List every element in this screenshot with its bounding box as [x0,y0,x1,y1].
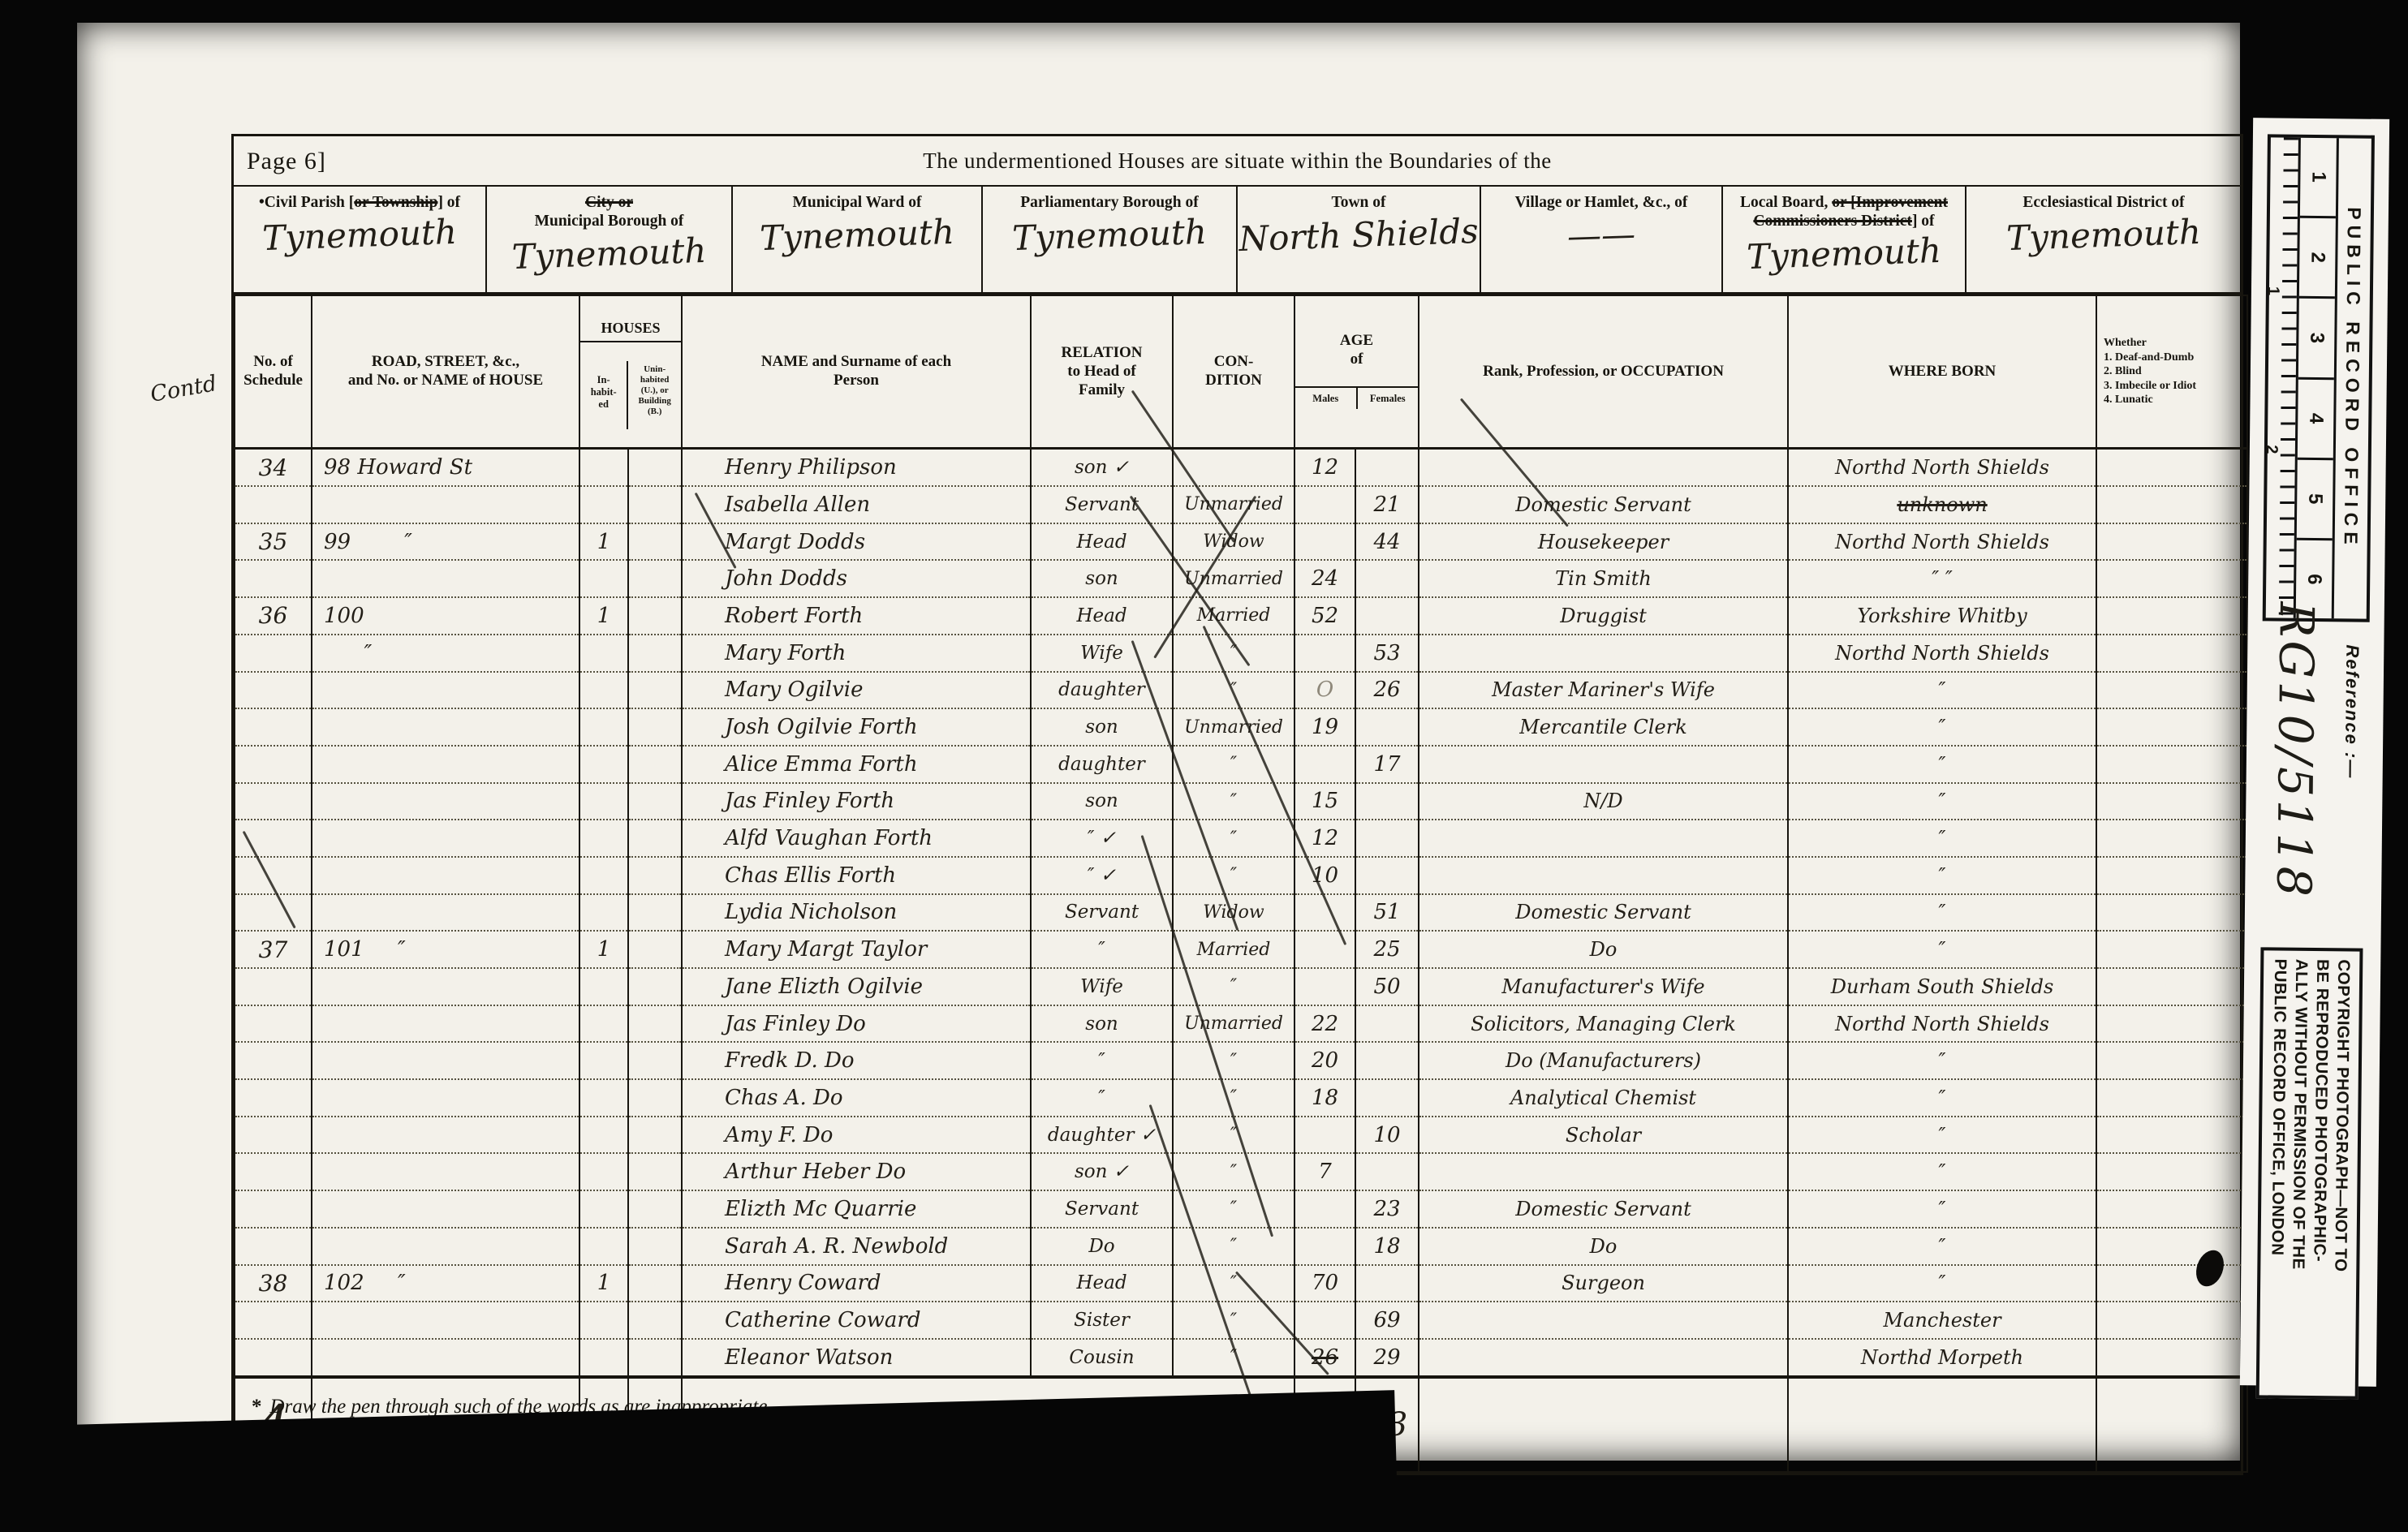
cell-born: ″ [1788,746,2096,783]
cell-occupation: Surgeon [1419,1265,1788,1302]
cell-occupation: Do [1419,1228,1788,1265]
cell-inh [579,746,628,783]
cell-occupation: N/D [1419,783,1788,820]
cell-disability [2096,560,2247,597]
cell-road [312,708,579,746]
header-males: Males [1295,388,1358,409]
cell-age_f: 17 [1355,746,1419,783]
cell-relation: Head [1031,1265,1173,1302]
cell-name: Mary Forth [682,635,1031,672]
cell-schedule [235,560,312,597]
cell-uninh [628,486,682,523]
copyright-box: COPYRIGHT PHOTOGRAPH—NOT TOBE REPRODUCED… [2256,947,2363,1399]
cell-name: Arthur Heber Do [682,1153,1031,1190]
cell-occupation: Do (Manufacturers) [1419,1042,1788,1079]
table-row: 361001Robert ForthHeadMarried52DruggistY… [235,597,2247,635]
table-row: Alfd Vaughan Forth″ ✓″12″ [235,820,2247,857]
cell-schedule [235,1190,312,1228]
header-road: ROAD, STREET, &c., and No. or NAME of HO… [312,295,579,449]
cell-schedule [235,1228,312,1265]
district-value: Tynemouth [1966,210,2242,260]
cell-inh [579,820,628,857]
measurement-ruler: PUBLIC RECORD OFFICE 123456 1 2 [2263,134,2375,622]
cell-inh [579,894,628,932]
cell-occupation [1419,746,1788,783]
cell-age_f: 44 [1355,523,1419,561]
cell-occupation: Domestic Servant [1419,486,1788,523]
cell-name: Chas Ellis Forth [682,857,1031,894]
cell-age_f [1355,1005,1419,1043]
cell-relation: son [1031,560,1173,597]
cell-inh: 1 [579,523,628,561]
cell-uninh [628,1042,682,1079]
cell-inh [579,560,628,597]
cell-disability [2096,1339,2247,1377]
cell-relation: ″ ✓ [1031,820,1173,857]
cell-disability [2096,1302,2247,1339]
table-row: Sarah A. R. NewboldDo″18Do″ [235,1228,2247,1265]
totals-empty-occupation [1419,1377,1788,1472]
ruler-number: 3 [2298,299,2335,380]
district-cell: Ecclesiastical District ofTynemouth [1966,187,2241,292]
cell-schedule [235,672,312,709]
cell-age_f: 18 [1355,1228,1419,1265]
cell-schedule: 34 [235,449,312,486]
cell-relation: Servant [1031,894,1173,932]
cell-occupation [1419,820,1788,857]
column-headers: No. of Schedule ROAD, STREET, &c., and N… [235,295,2247,449]
cell-inh [579,1117,628,1154]
cell-disability [2096,857,2247,894]
district-band: •Civil Parish [or Township] ofTynemouthC… [234,187,2241,295]
cell-age_m [1294,635,1355,672]
district-cell: Parliamentary Borough ofTynemouth [983,187,1238,292]
cell-disability [2096,820,2247,857]
ruler-number: 5 [2297,459,2333,540]
cell-born: Durham South Shields [1788,968,2096,1005]
cell-uninh [628,968,682,1005]
cell-disability [2096,1079,2247,1117]
cell-schedule [235,783,312,820]
district-cell: Town ofNorth Shields [1238,187,1481,292]
cell-inh [579,1079,628,1117]
cell-name: Henry Coward [682,1265,1031,1302]
cell-name: Jas Finley Forth [682,783,1031,820]
cell-name: Alfd Vaughan Forth [682,820,1031,857]
cell-uninh [628,857,682,894]
cell-age_f [1355,597,1419,635]
cell-uninh [628,672,682,709]
cell-age_f [1355,1042,1419,1079]
cell-disability [2096,1265,2247,1302]
cell-road [312,820,579,857]
margin-annotation: Contd [149,371,219,407]
cell-relation: son [1031,783,1173,820]
cell-uninh [628,894,682,932]
cell-condition: ″ [1173,746,1294,783]
district-cell: Village or Hamlet, &c., of—— [1481,187,1723,292]
cell-born: ″ ″ [1788,560,2096,597]
cell-relation: ″ [1031,931,1173,968]
cell-road [312,894,579,932]
cell-uninh [628,635,682,672]
ruler-number: 1 [2300,138,2337,219]
cell-disability [2096,1153,2247,1190]
district-cell: Local Board, or [ImprovementCommissioner… [1723,187,1966,292]
district-value: Tynemouth [233,211,486,260]
cell-condition: Unmarried [1173,1005,1294,1043]
district-value: —— [1480,211,1722,259]
cell-uninh [628,1339,682,1377]
record-office-stamp-strip: PUBLIC RECORD OFFICE 123456 1 2 Referenc… [2240,118,2389,1387]
cell-inh [579,1005,628,1043]
cell-occupation [1419,635,1788,672]
cell-occupation: Tin Smith [1419,560,1788,597]
cell-age_f: 69 [1355,1302,1419,1339]
header-females: Females [1358,388,1419,409]
cell-road [312,486,579,523]
cell-condition: ″ [1173,1153,1294,1190]
header-born: WHERE BORN [1788,295,2096,449]
cell-occupation [1419,449,1788,486]
cell-name: Sarah A. R. Newbold [682,1228,1031,1265]
cell-schedule [235,968,312,1005]
cell-condition: ″ [1173,1042,1294,1079]
cell-age_f [1355,820,1419,857]
cell-age_m [1294,968,1355,1005]
cell-relation: Wife [1031,635,1173,672]
table-row: Arthur Heber Doson ✓″7″ [235,1153,2247,1190]
cell-schedule: 36 [235,597,312,635]
cell-uninh [628,1117,682,1154]
cell-disability [2096,931,2247,968]
cell-born: Northd North Shields [1788,1005,2096,1043]
cell-age_f: 23 [1355,1190,1419,1228]
cell-inh [579,486,628,523]
census-form-paper: Contd Page 6] The undermentioned Houses … [77,23,2240,1461]
cell-age_f: 25 [1355,931,1419,968]
cell-condition: Unmarried [1173,560,1294,597]
copyright-line: COPYRIGHT PHOTOGRAPH—NOT TO [2328,959,2354,1388]
cell-occupation: Mercantile Clerk [1419,708,1788,746]
cell-name: Alice Emma Forth [682,746,1031,783]
cell-name: Elizth Mc Quarrie [682,1190,1031,1228]
cell-road [312,672,579,709]
cell-age_f: 29 [1355,1339,1419,1377]
cell-uninh [628,523,682,561]
cell-relation: son [1031,708,1173,746]
cell-inh: 1 [579,931,628,968]
table-row: Mary Ogilviedaughter″O26Master Mariner's… [235,672,2247,709]
header-disability: Whether 1. Deaf-and-Dumb 2. Blind 3. Imb… [2096,295,2247,449]
ruler-ticks: 1 2 [2266,137,2298,618]
table-row: John DoddssonUnmarried24Tin Smith″ ″ [235,560,2247,597]
cell-inh [579,1153,628,1190]
cell-inh [579,857,628,894]
ruler-cells: 123456 [2294,138,2337,618]
cell-condition: Unmarried [1173,708,1294,746]
cell-disability [2096,708,2247,746]
district-value: Tynemouth [1722,230,1966,278]
footnote-asterisk: * [252,1396,262,1418]
table-row: Jas Finley DosonUnmarried22Solicitors, M… [235,1005,2247,1043]
cell-age_m [1294,1302,1355,1339]
cell-name: Lydia Nicholson [682,894,1031,932]
cell-uninh [628,1153,682,1190]
header-age-label: AGE of [1295,315,1418,386]
cell-name: Henry Philipson [682,449,1031,486]
cell-born: ″ [1788,1190,2096,1228]
cell-uninh [628,1079,682,1117]
cell-road [312,968,579,1005]
cell-schedule [235,1153,312,1190]
cell-age_f [1355,708,1419,746]
cell-name: Amy F. Do [682,1117,1031,1154]
table-row: Alice Emma Forthdaughter″17″ [235,746,2247,783]
cell-born: ″ [1788,1228,2096,1265]
cell-condition: ″ [1173,857,1294,894]
cell-inh [579,449,628,486]
cell-age_m [1294,523,1355,561]
cell-age_m [1294,486,1355,523]
district-value: Tynemouth [732,211,982,260]
cell-name: Catherine Coward [682,1302,1031,1339]
cell-age_m [1294,1117,1355,1154]
cell-disability [2096,1005,2247,1043]
header-relation: RELATION to Head of Family [1031,295,1173,449]
cell-age_m: 52 [1294,597,1355,635]
cell-age_m: 70 [1294,1265,1355,1302]
cell-born: ″ [1788,1117,2096,1154]
cell-schedule [235,1339,312,1377]
cell-road [312,1117,579,1154]
cell-uninh [628,931,682,968]
cell-occupation [1419,1339,1788,1377]
cell-occupation [1419,1302,1788,1339]
cell-inh [579,708,628,746]
cell-occupation: Do [1419,931,1788,968]
cell-relation: son ✓ [1031,449,1173,486]
cell-inh [579,1190,628,1228]
cell-occupation: Domestic Servant [1419,894,1788,932]
totals-empty-born [1788,1377,2096,1472]
cell-age_f: 50 [1355,968,1419,1005]
cell-name: Jas Finley Do [682,1005,1031,1043]
cell-occupation [1419,1153,1788,1190]
cell-age_m: 19 [1294,708,1355,746]
cell-road [312,1005,579,1043]
ruler-inch-2: 2 [2262,445,2281,454]
cell-road [312,1153,579,1190]
cell-schedule [235,1042,312,1079]
cell-disability [2096,1190,2247,1228]
cell-schedule [235,746,312,783]
cell-disability [2096,597,2247,635]
cell-born: Yorkshire Whitby [1788,597,2096,635]
cell-inh [579,1228,628,1265]
cell-occupation: Housekeeper [1419,523,1788,561]
cell-uninh [628,597,682,635]
census-table: No. of Schedule ROAD, STREET, &c., and N… [234,295,2248,1473]
cell-condition: Widow [1173,894,1294,932]
cell-disability [2096,523,2247,561]
cell-occupation [1419,857,1788,894]
table-row: 3599 ″1Margt DoddsHeadWidow44Housekeeper… [235,523,2247,561]
cell-disability [2096,746,2247,783]
cell-born: ″ [1788,894,2096,932]
cell-name: Eleanor Watson [682,1339,1031,1377]
header-name: NAME and Surname of each Person [682,295,1031,449]
scanned-census-page: Contd Page 6] The undermentioned Houses … [0,0,2408,1532]
ruler-inch-1: 1 [2264,286,2282,295]
cell-age_m: 7 [1294,1153,1355,1190]
cell-schedule [235,894,312,932]
cell-uninh [628,1190,682,1228]
cell-disability [2096,1042,2247,1079]
cell-age_m: 12 [1294,449,1355,486]
cell-schedule: 37 [235,931,312,968]
cell-born: ″ [1788,783,2096,820]
cell-age_f [1355,449,1419,486]
cell-schedule [235,1302,312,1339]
cell-occupation: Scholar [1419,1117,1788,1154]
table-row: Catherine CowardSister″69Manchester [235,1302,2247,1339]
cell-condition: ″ [1173,1228,1294,1265]
cell-born: unknown [1788,486,2096,523]
cell-uninh [628,1302,682,1339]
header-age: AGE of Males Females [1294,295,1419,449]
cell-age_m: 18 [1294,1079,1355,1117]
cell-inh [579,635,628,672]
cell-schedule [235,1117,312,1154]
copyright-line: ALLY WITHOUT PERMISSION OF THE [2286,959,2312,1388]
cell-age_f: 53 [1355,635,1419,672]
cell-disability [2096,783,2247,820]
cell-age_m [1294,1228,1355,1265]
cell-age_m: 10 [1294,857,1355,894]
cell-condition: ″ [1173,635,1294,672]
district-value: Tynemouth [486,230,732,278]
cell-relation: Servant [1031,486,1173,523]
cell-age_f [1355,560,1419,597]
cell-relation: Wife [1031,968,1173,1005]
table-row: 37101 ″1Mary Margt Taylor″Married25Do″ [235,931,2247,968]
cell-name: Josh Ogilvie Forth [682,708,1031,746]
header-occupation: Rank, Profession, or OCCUPATION [1419,295,1788,449]
header-schedule: No. of Schedule [235,295,312,449]
cell-occupation: Druggist [1419,597,1788,635]
cell-road [312,1302,579,1339]
cell-relation: Sister [1031,1302,1173,1339]
cell-road: 102 ″ [312,1265,579,1302]
table-row: Jas Finley Forthson″15N/D″ [235,783,2247,820]
totals-empty-disability [2096,1377,2247,1472]
cell-inh [579,1302,628,1339]
cell-born: Northd Morpeth [1788,1339,2096,1377]
cell-disability [2096,449,2247,486]
cell-born: ″ [1788,820,2096,857]
cell-born: ″ [1788,931,2096,968]
cell-condition: Married [1173,597,1294,635]
cell-name: Mary Ogilvie [682,672,1031,709]
cell-disability [2096,672,2247,709]
header-inhabited: In- habit- ed [580,361,628,429]
table-row: 38102 ″1Henry CowardHead″70Surgeon″ [235,1265,2247,1302]
cell-born: Northd North Shields [1788,523,2096,561]
cell-uninh [628,1005,682,1043]
cell-condition: ″ [1173,1079,1294,1117]
cell-name: Isabella Allen [682,486,1031,523]
cell-age_m: 24 [1294,560,1355,597]
cell-inh [579,968,628,1005]
cell-road [312,560,579,597]
cell-road [312,857,579,894]
cell-road [312,1339,579,1377]
form-title-row: Page 6] The undermentioned Houses are si… [234,136,2241,187]
cell-age_m [1294,746,1355,783]
cell-road [312,1042,579,1079]
table-row: Amy F. Dodaughter ✓″10Scholar″ [235,1117,2247,1154]
cell-uninh [628,820,682,857]
table-row: 3498 Howard StHenry Philipsonson ✓12Nort… [235,449,2247,486]
cell-inh [579,1339,628,1377]
cell-name: Mary Margt Taylor [682,931,1031,968]
ruler-number: 4 [2298,379,2334,460]
census-table-body: 3498 Howard StHenry Philipsonson ✓12Nort… [235,449,2247,1377]
cell-occupation: Manufacturer's Wife [1419,968,1788,1005]
cell-inh [579,672,628,709]
cell-age_f [1355,857,1419,894]
page-label: Page 6] [247,148,326,175]
cell-born: ″ [1788,1042,2096,1079]
cell-condition: ″ [1173,820,1294,857]
cell-disability [2096,1117,2247,1154]
cell-disability [2096,1228,2247,1265]
district-cell: Municipal Ward ofTynemouth [733,187,983,292]
table-row: Fredk D. Do″″20Do (Manufacturers)″ [235,1042,2247,1079]
cell-condition: Unmarried [1173,486,1294,523]
cell-road [312,1228,579,1265]
cell-occupation: Domestic Servant [1419,1190,1788,1228]
cell-road: 99 ″ [312,523,579,561]
district-cell: City orMunicipal Borough ofTynemouth [487,187,733,292]
district-value: Tynemouth [982,211,1237,260]
cell-born: ″ [1788,672,2096,709]
cell-name: Chas A. Do [682,1079,1031,1117]
cell-inh [579,783,628,820]
cell-schedule [235,1005,312,1043]
cell-uninh [628,560,682,597]
form-title: The undermentioned Houses are situate wi… [923,148,1552,174]
cell-age_f [1355,783,1419,820]
cell-condition: Married [1173,931,1294,968]
cell-uninh [628,746,682,783]
cell-schedule [235,1079,312,1117]
district-value: North Shields [1237,211,1480,259]
cell-relation: Cousin [1031,1339,1173,1377]
table-row: Jane Elizth OgilvieWife″50Manufacturer's… [235,968,2247,1005]
district-cell: •Civil Parish [or Township] ofTynemouth [234,187,487,292]
cell-schedule [235,486,312,523]
cell-born: Manchester [1788,1302,2096,1339]
cell-born: Northd North Shields [1788,449,2096,486]
cell-occupation: Solicitors, Managing Clerk [1419,1005,1788,1043]
cell-born: Northd North Shields [1788,635,2096,672]
table-row: Chas Ellis Forth″ ✓″10″ [235,857,2247,894]
ruler-number: 2 [2299,218,2336,299]
cell-age_m: O [1294,672,1355,709]
cell-relation: Servant [1031,1190,1173,1228]
